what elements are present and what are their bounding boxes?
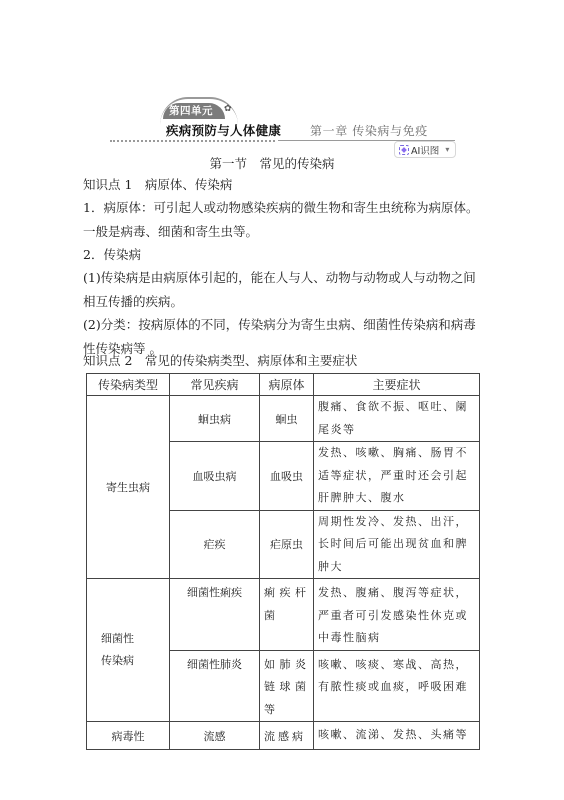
kp1-item-1: 1．病原体：可引起人或动物感染疾病的微生物和寄生虫统称为病原体。一般是病毒、细菌… [83, 196, 488, 243]
symptoms-cell: 发热、咳嗽、胸痛、肠胃不适等症状，严重时还会引起肝脾肿大、腹水 [314, 442, 480, 511]
unit-title: 疾病预防与人体健康 [166, 121, 281, 139]
table-header-cell: 传染病类型 [87, 374, 170, 396]
type-cell: 寄生虫病 [87, 396, 170, 579]
symptoms-cell: 发热、腹痛、腹泻等症状，严重者可引发感染性休克或中毒性脑病 [314, 579, 480, 651]
knowledge-point-2-title: 知识点 2 常见的传染病类型、病原体和主要症状 [83, 349, 488, 373]
type-cell: 细菌性 传染病 [87, 579, 170, 722]
knowledge-point-1-title: 知识点 1 病原体、传染病 [83, 173, 488, 197]
table-header-cell: 主要症状 [314, 374, 480, 396]
pathogen-cell: 流感病 [260, 722, 314, 750]
symptoms-cell: 周期性发冷、发热、出汗，长时间后可能出现贫血和脾肿大 [314, 510, 480, 579]
disease-cell: 疟疾 [170, 510, 260, 579]
pathogen-cell: 痢疾杆菌 [260, 579, 314, 651]
table-row: 寄生虫病 蛔虫病 蛔虫 腹痛、食欲不振、呕吐、阑尾炎等 [87, 396, 480, 442]
symptoms-cell: 腹痛、食欲不振、呕吐、阑尾炎等 [314, 396, 480, 442]
type-line: 传染病 [101, 650, 165, 673]
header-dotted-divider [110, 140, 275, 142]
section-title-text: 第一节 常见的传染病 [209, 156, 334, 171]
table-header-cell: 常见疾病 [170, 374, 260, 396]
disease-cell: 血吸虫病 [170, 442, 260, 511]
type-cell: 病毒性 [87, 722, 170, 750]
kp1-item-2-heading: 2．传染病 [83, 243, 488, 267]
disease-cell: 蛔虫病 [170, 396, 260, 442]
pathogen-cell: 疟原虫 [260, 510, 314, 579]
unit-badge: 第四单元 [163, 103, 225, 119]
symptoms-cell: 咳嗽、流涕、发热、头痛等 [314, 722, 480, 750]
table-header-row: 传染病类型 常见疾病 病原体 主要症状 [87, 374, 480, 396]
disease-cell: 细菌性痢疾 [170, 579, 260, 651]
pathogen-cell: 血吸虫 [260, 442, 314, 511]
pathogen-cell: 如肺炎链球菌等 [260, 650, 314, 722]
table-row: 病毒性 流感 流感病 咳嗽、流涕、发热、头痛等 [87, 722, 480, 750]
disease-cell: 流感 [170, 722, 260, 750]
chapter-title: 第一章 传染病与免疫 [310, 122, 428, 139]
type-line: 细菌性 [101, 628, 165, 651]
ai-scan-icon [399, 145, 409, 155]
disease-cell: 细菌性肺炎 [170, 650, 260, 722]
table-row: 细菌性 传染病 细菌性痢疾 痢疾杆菌 发热、腹痛、腹泻等症状，严重者可引发感染性… [87, 579, 480, 651]
kp1-item-2-1: (1)传染病是由病原体引起的，能在人与人、动物与动物或人与动物之间相互传播的疾病… [83, 266, 488, 313]
symptoms-cell: 咳嗽、咳痰、寒战、高热，有脓性痰或血痰，呼吸困难 [314, 650, 480, 722]
pathogen-cell: 蛔虫 [260, 396, 314, 442]
disease-table: 传染病类型 常见疾病 病原体 主要症状 寄生虫病 蛔虫病 蛔虫 腹痛、食欲不振、… [86, 373, 480, 750]
table-header-cell: 病原体 [260, 374, 314, 396]
chevron-down-icon: ▾ [445, 145, 449, 154]
ornament-icon: ✿ [224, 104, 232, 114]
section-title: 第一节 常见的传染病 [0, 154, 564, 172]
